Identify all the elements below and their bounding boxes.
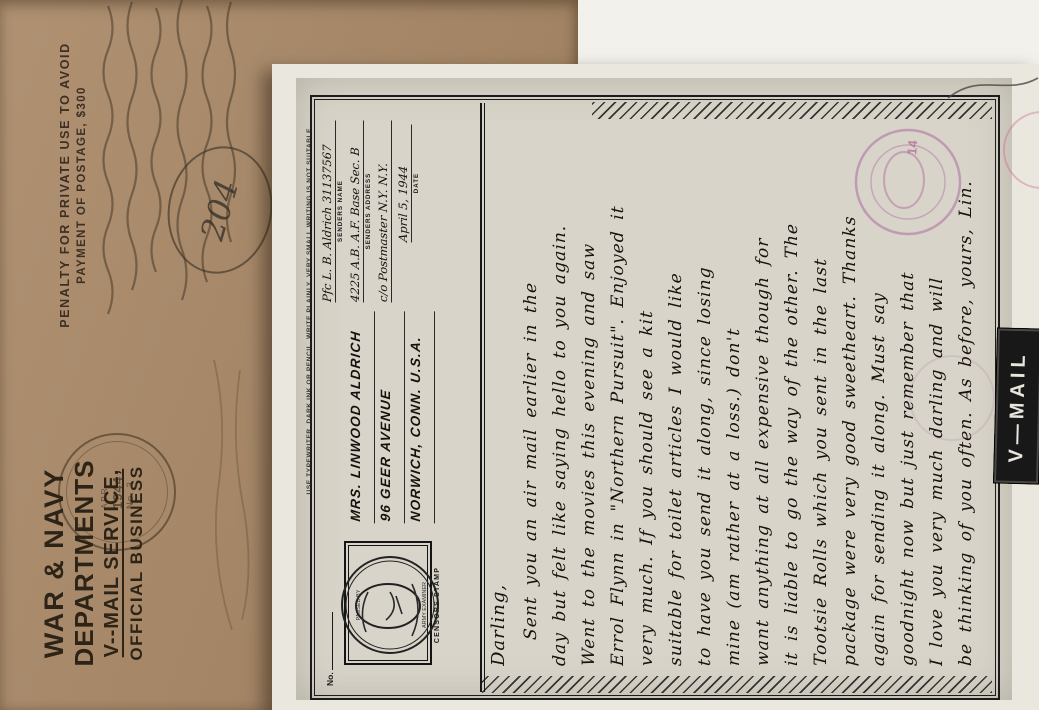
recipient-city: NORWICH, CONN. U.S.A.	[408, 309, 435, 524]
letter-body: Darling, Sent you an air mail earlier in…	[488, 127, 990, 666]
letter-line: day but felt like saying hello to you ag…	[546, 127, 575, 666]
letter-line: package were very good sweetheart. Thank…	[836, 127, 865, 666]
army-examiner-stamp: PASSED BY ARMY EXAMINER	[326, 530, 446, 680]
vmail-form: No. PASSED BY ARMY EXAMINER CENSORS STAM…	[310, 95, 1000, 700]
postmark-month: APR	[97, 476, 110, 509]
letter-line: it is liable to go the way of the other.…	[778, 127, 807, 666]
sender-address-value: 4225 A.B. A.F. Base Sec. B	[348, 119, 364, 302]
letter-line: suitable for toilet articles I would lik…	[662, 127, 691, 666]
form-instruction: USE TYPEWRITER, DARK INK OR PENCIL. WRIT…	[298, 100, 310, 520]
hatch-margin-left	[482, 676, 992, 693]
letter-line: mine (am rather at a loss.) don't	[720, 127, 749, 666]
letter-line: want anything at all expensive though fo…	[749, 127, 778, 666]
salutation: Darling,	[488, 127, 517, 666]
sender-address-value-2: c/o Postmaster N.Y. N.Y.	[376, 119, 392, 302]
censor-stamp-text-top: PASSED BY	[356, 589, 362, 620]
purple-stamp-number: 14	[904, 140, 920, 156]
recipient-address-block: MRS. LINWOOD ALDRICH 96 GEER AVENUE NORW…	[348, 310, 438, 522]
sender-block: Pfc L. B. Aldrich 31137567 SENDERS NAME …	[320, 120, 424, 302]
recipient-street: 96 GEER AVENUE	[378, 309, 405, 524]
pencil-number-oval: 204	[158, 138, 283, 282]
letter-line: be thinking of you often. As before, you…	[952, 127, 981, 666]
letter-line: to have you send it along, since losing	[691, 127, 720, 666]
postmark-year: 1944	[110, 476, 123, 509]
dept-line: WAR & NAVY	[39, 413, 69, 710]
hatch-margin-right	[592, 102, 992, 119]
letter-line: Sent you an air mail earlier in the	[517, 127, 546, 666]
date-value: April 5, 1944	[396, 123, 412, 242]
postmark-stamp: APR 1944 No. 3	[58, 433, 176, 551]
header-divider	[480, 103, 482, 692]
letter-lines: Sent you an air mail earlier in theday b…	[517, 127, 981, 666]
postmark-extra: No. 3	[123, 476, 136, 509]
vmail-label: V—MAIL	[993, 327, 1039, 484]
letter-line: Errol Flynn in "Northern Pursuit". Enjoy…	[604, 127, 633, 666]
penalty-line-1: PENALTY FOR PRIVATE USE TO AVOID	[58, 25, 72, 345]
penalty-notice: PENALTY FOR PRIVATE USE TO AVOID PAYMENT…	[58, 25, 102, 345]
pencil-number: 204	[193, 175, 246, 244]
scanned-document: PENALTY FOR PRIVATE USE TO AVOID PAYMENT…	[0, 0, 1039, 710]
sender-address-label: SENDERS ADDRESS	[365, 120, 372, 302]
recipient-name: MRS. LINWOOD ALDRICH	[348, 309, 375, 524]
letter-line: goodnight now but just remember that	[894, 127, 923, 666]
sender-name-value: Pfc L. B. Aldrich 31137567	[320, 119, 336, 302]
censor-stamp-text-bottom: ARMY EXAMINER	[422, 582, 428, 628]
vmail-label-text: V—MAIL	[1005, 350, 1031, 463]
letter-line: Tootsie Rolls which you sent in the last	[807, 127, 836, 666]
letter-line: Went to the movies this evening and saw	[575, 127, 604, 666]
letter-line: again for sending it along. Must say	[865, 127, 894, 666]
date-label: DATE	[413, 124, 420, 242]
letter-line: very much. If you should see a kit	[633, 127, 662, 666]
letter-line: I love you very much darling and will	[923, 127, 952, 666]
penalty-line-2: PAYMENT OF POSTAGE, $300	[76, 25, 88, 345]
sender-name-label: SENDERS NAME	[337, 120, 344, 302]
